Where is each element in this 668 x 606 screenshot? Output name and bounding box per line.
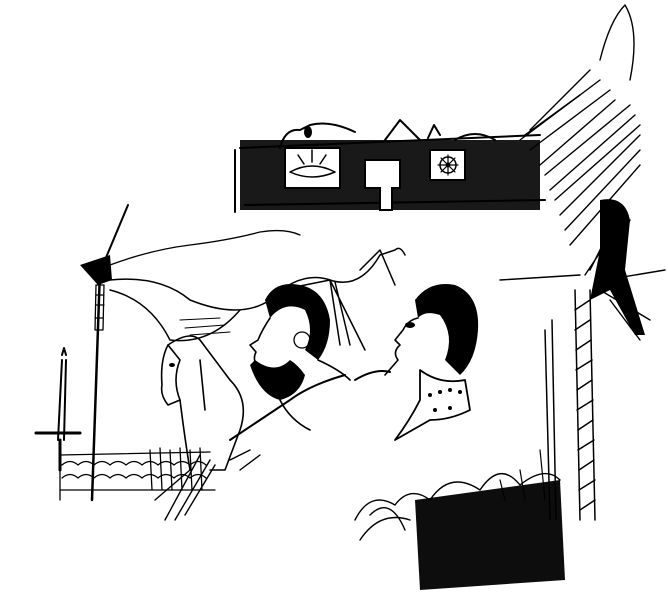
building-strip — [235, 120, 545, 212]
ink-illustration — [0, 0, 668, 606]
head-veiled — [162, 336, 244, 470]
head-curly — [355, 284, 478, 440]
sword — [36, 348, 80, 470]
scribble-block — [355, 450, 565, 590]
banner-pole — [80, 205, 405, 500]
head-bearded — [230, 284, 350, 440]
